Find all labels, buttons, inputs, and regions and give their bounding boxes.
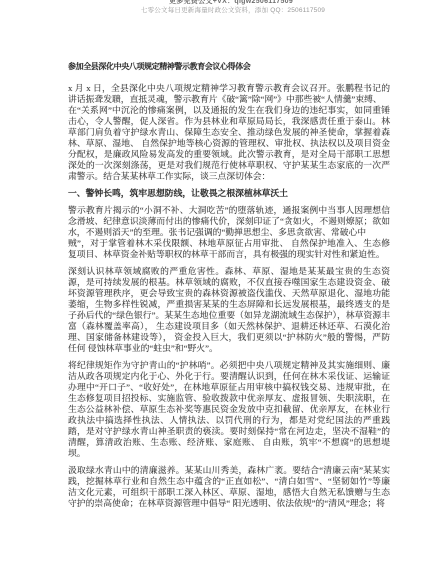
watermark: 更多免费公文+VX：qlgw2506117509 七零公文每日更新海量时政公文资… — [0, 0, 448, 16]
document-page: 更多免费公文+VX：qlgw2506117509 七零公文每日更新海量时政公文资… — [0, 0, 448, 580]
document-body: 参加全县深化中央八项规定精神警示教育会议心得体会 x 月 x 日，全县深化中央八… — [68, 61, 390, 515]
paragraph-container: x 月 x 日，全县深化中央八项规定精神学习教育警示教育会议召开。张鹏程书记的讲… — [68, 83, 390, 509]
paragraph: 将纪律规矩作为守护青山的“护林哨”。必须把中央八项规定精神及其实施细则、廉洁从政… — [68, 360, 390, 459]
paragraph: 汲取绿水青山中的清廉滋养。某某山川秀美，森林广袤。要结合“清廉云南”某某实践，挖… — [68, 465, 390, 509]
page-title: 参加全县深化中央八项规定精神警示教育会议心得体会 — [68, 61, 390, 72]
paragraph: 深刻认识林草领域腐败的严重危害性。森林、草原、湿地是某某最宝贵的生态资源，是可持… — [68, 266, 390, 354]
watermark-line-1: 更多免费公文+VX：qlgw2506117509 — [7, 0, 448, 6]
paragraph: x 月 x 日，全县深化中央八项规定精神学习教育警示教育会议召开。张鹏程书记的讲… — [68, 83, 390, 182]
watermark-line-2: 七零公文每日更新海量时政公文资料，添加 QQ：2506117509 — [9, 7, 448, 16]
paragraph: 警示教育片揭示的“小洞不补、大洞吃苦”的堕落轨迹，通报案例中当事人因理想信念滑坡… — [68, 205, 390, 260]
section-heading: 一、警钟长鸣，筑牢思想防线，让敬畏之根深植林草沃土 — [68, 188, 390, 199]
